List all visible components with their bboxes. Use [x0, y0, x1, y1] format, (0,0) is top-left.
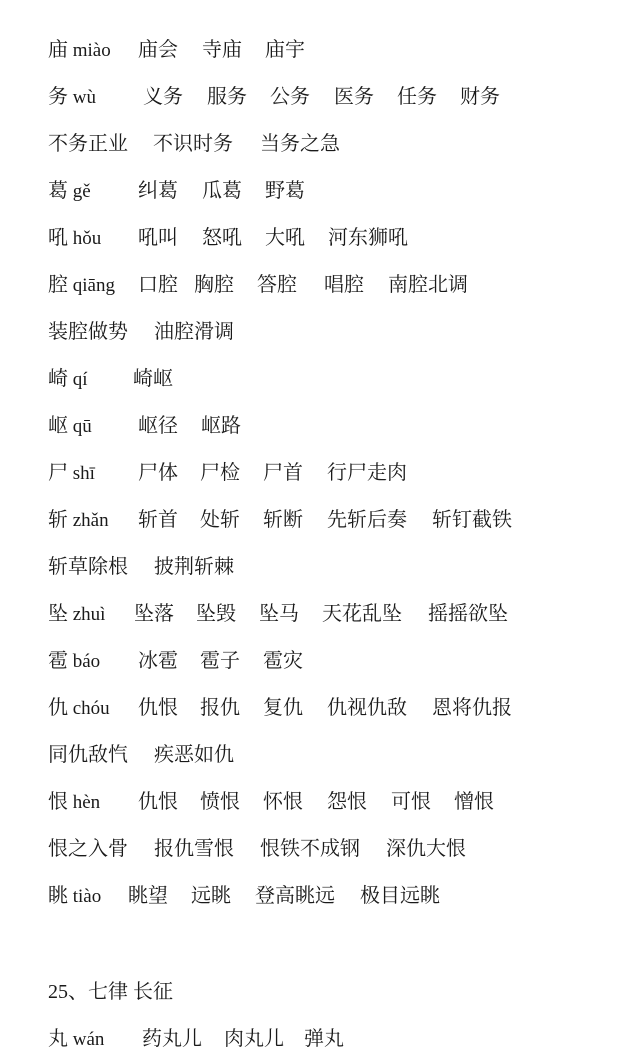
vocabulary-word: 装腔做势 — [48, 319, 128, 345]
vocabulary-word: 大吼 — [265, 225, 305, 251]
vocabulary-word: 坠马 — [259, 601, 299, 627]
vocabulary-word: 愤恨 — [200, 789, 240, 815]
vocabulary-word: 纠葛 — [138, 178, 178, 204]
vocabulary-word: 眺望 — [128, 883, 168, 909]
vocabulary-word: 行尸走肉 — [327, 460, 407, 486]
head-character: 雹 — [48, 650, 68, 672]
pinyin: báo — [68, 651, 100, 672]
vocabulary-word: 处斩 — [200, 507, 240, 533]
character-entry: 吼 hǒu — [48, 225, 101, 252]
head-character: 吼 — [48, 227, 68, 249]
vocabulary-word: 仇恨 — [138, 695, 178, 721]
character-entry: 腔 qiāng — [48, 272, 115, 299]
head-character: 眺 — [48, 885, 68, 907]
pinyin: wù — [68, 87, 96, 108]
vocabulary-word: 尸检 — [200, 460, 240, 486]
vocabulary-word: 庙宇 — [265, 37, 305, 63]
head-character: 岖 — [48, 415, 68, 437]
head-character: 丸 — [48, 1028, 68, 1050]
vocabulary-word: 答腔 — [257, 272, 297, 298]
character-entry: 坠 zhuì — [48, 601, 105, 628]
vocabulary-word: 坠毁 — [196, 601, 236, 627]
vocabulary-word: 斩首 — [138, 507, 178, 533]
pinyin: zhǎn — [68, 510, 109, 531]
vocabulary-word: 仇视仇敌 — [327, 695, 407, 721]
vocabulary-word: 冰雹 — [138, 648, 178, 674]
vocabulary-word: 登高眺远 — [255, 883, 335, 909]
vocabulary-word: 怒吼 — [202, 225, 242, 251]
pinyin: zhuì — [68, 604, 105, 625]
vocabulary-word: 同仇敌忾 — [48, 742, 128, 768]
vocabulary-word: 摇摇欲坠 — [428, 601, 508, 627]
pinyin: shī — [68, 463, 95, 484]
vocabulary-word: 恨铁不成钢 — [260, 836, 360, 862]
vocabulary-word: 岖径 — [138, 413, 178, 439]
pinyin: chóu — [68, 698, 110, 719]
vocabulary-word: 不务正业 — [48, 131, 128, 157]
character-entry: 仇 chóu — [48, 695, 110, 722]
vocabulary-word: 医务 — [334, 84, 374, 110]
character-entry: 崎 qí — [48, 366, 88, 393]
pinyin: qiāng — [68, 275, 115, 296]
vocabulary-word: 极目远眺 — [360, 883, 440, 909]
vocabulary-word: 披荆斩棘 — [154, 554, 234, 580]
vocabulary-word: 河东狮吼 — [328, 225, 408, 251]
head-character: 恨 — [48, 791, 68, 813]
head-character: 斩 — [48, 509, 68, 531]
vocabulary-word: 弹丸 — [304, 1026, 344, 1050]
head-character: 庙 — [48, 39, 68, 61]
vocabulary-word: 胸腔 — [194, 272, 234, 298]
vocabulary-word: 庙会 — [138, 37, 178, 63]
vocabulary-word: 斩草除根 — [48, 554, 128, 580]
vocabulary-word: 天花乱坠 — [322, 601, 402, 627]
pinyin: wán — [68, 1029, 104, 1050]
vocabulary-word: 深仇大恨 — [386, 836, 466, 862]
head-character: 腔 — [48, 274, 68, 296]
vocabulary-word: 雹灾 — [263, 648, 303, 674]
vocabulary-word: 报仇 — [200, 695, 240, 721]
vocabulary-word: 寺庙 — [202, 37, 242, 63]
vocabulary-word: 尸体 — [138, 460, 178, 486]
pinyin: tiào — [68, 886, 101, 907]
character-entry: 雹 báo — [48, 648, 100, 675]
vocabulary-word: 可恨 — [391, 789, 431, 815]
vocabulary-word: 雹子 — [200, 648, 240, 674]
pinyin: miào — [68, 40, 111, 61]
character-entry: 眺 tiào — [48, 883, 101, 910]
vocabulary-word: 野葛 — [265, 178, 305, 204]
head-character: 尸 — [48, 462, 68, 484]
character-entry: 斩 zhǎn — [48, 507, 109, 534]
vocabulary-word: 仇恨 — [138, 789, 178, 815]
vocabulary-word: 尸首 — [263, 460, 303, 486]
vocabulary-word: 不识时务 — [153, 131, 233, 157]
vocabulary-word: 岖路 — [201, 413, 241, 439]
vocabulary-word: 当务之急 — [260, 131, 340, 157]
pinyin: qū — [68, 416, 92, 437]
character-entry: 恨 hèn — [48, 789, 100, 816]
character-entry: 丸 wán — [48, 1026, 104, 1050]
pinyin: hèn — [68, 792, 100, 813]
vocabulary-word: 油腔滑调 — [154, 319, 234, 345]
vocabulary-word: 崎岖 — [133, 366, 173, 392]
vocabulary-word: 斩断 — [263, 507, 303, 533]
vocabulary-word: 药丸儿 — [142, 1026, 202, 1050]
vocabulary-word: 唱腔 — [324, 272, 364, 298]
vocabulary-word: 吼叫 — [138, 225, 178, 251]
vocabulary-word: 服务 — [207, 84, 247, 110]
vocabulary-word: 义务 — [143, 84, 183, 110]
character-entry: 葛 gě — [48, 178, 91, 205]
vocabulary-word: 南腔北调 — [388, 272, 468, 298]
head-character: 坠 — [48, 603, 68, 625]
pinyin: hǒu — [68, 228, 101, 249]
vocabulary-word: 25、七律 长征 — [48, 979, 173, 1005]
vocabulary-word: 坠落 — [134, 601, 174, 627]
pinyin: gě — [68, 181, 91, 202]
vocabulary-word: 报仇雪恨 — [154, 836, 234, 862]
vocabulary-word: 任务 — [397, 84, 437, 110]
vocabulary-word: 憎恨 — [454, 789, 494, 815]
vocabulary-word: 先斩后奏 — [327, 507, 407, 533]
head-character: 崎 — [48, 368, 68, 390]
vocabulary-word: 恩将仇报 — [432, 695, 512, 721]
character-entry: 岖 qū — [48, 413, 92, 440]
vocabulary-word: 疾恶如仇 — [154, 742, 234, 768]
character-entry: 尸 shī — [48, 460, 95, 487]
vocabulary-word: 斩钉截铁 — [432, 507, 512, 533]
vocabulary-word: 财务 — [460, 84, 500, 110]
vocabulary-word: 瓜葛 — [202, 178, 242, 204]
vocabulary-word: 公务 — [270, 84, 310, 110]
character-entry: 务 wù — [48, 84, 96, 111]
vocabulary-word: 怨恨 — [327, 789, 367, 815]
vocabulary-word: 远眺 — [191, 883, 231, 909]
vocabulary-word: 口腔 — [138, 272, 178, 298]
character-entry: 庙 miào — [48, 37, 111, 64]
vocabulary-word: 复仇 — [263, 695, 303, 721]
pinyin: qí — [68, 369, 88, 390]
head-character: 葛 — [48, 180, 68, 202]
vocabulary-word: 肉丸儿 — [224, 1026, 284, 1050]
head-character: 仇 — [48, 697, 68, 719]
head-character: 务 — [48, 86, 68, 108]
vocabulary-word: 恨之入骨 — [48, 836, 128, 862]
vocabulary-word: 怀恨 — [263, 789, 303, 815]
